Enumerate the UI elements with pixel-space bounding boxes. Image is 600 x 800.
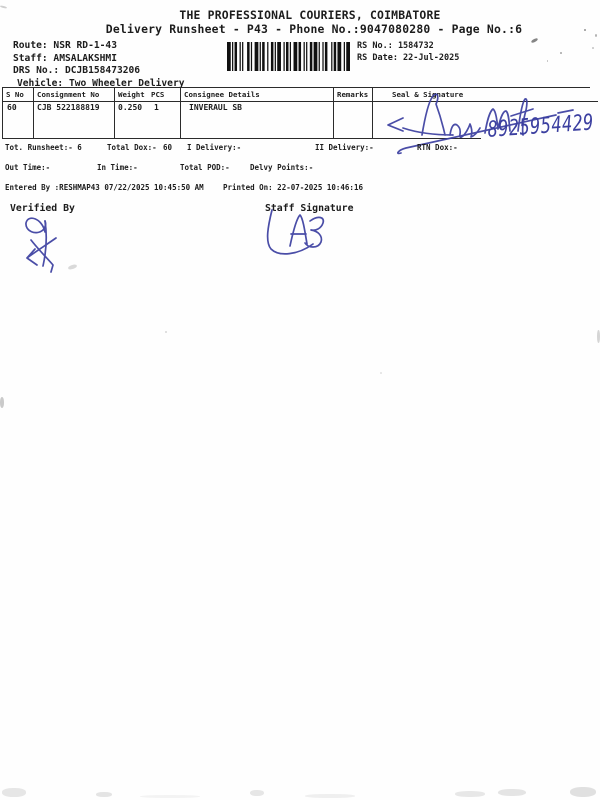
scan-artifact bbox=[595, 34, 597, 37]
barcode-icon bbox=[227, 42, 350, 71]
table-vline bbox=[114, 87, 115, 138]
scan-artifact bbox=[531, 38, 539, 44]
rtn-dox: RTN Dox:- bbox=[417, 144, 458, 152]
col-header-sno: S No bbox=[6, 91, 24, 99]
cell-weight: 0.250 bbox=[118, 104, 142, 112]
scan-artifact bbox=[2, 788, 26, 797]
scan-artifact bbox=[305, 794, 355, 798]
col-header-consignment: Consignment No bbox=[37, 91, 99, 99]
rs-date-line: RS Date: 22-Jul-2025 bbox=[357, 54, 459, 63]
out-time: Out Time:- bbox=[5, 164, 50, 172]
scan-artifact bbox=[0, 397, 4, 408]
table-vline bbox=[180, 87, 181, 138]
scan-artifact bbox=[0, 5, 7, 9]
ii-delivery: II Delivery:- bbox=[315, 144, 374, 152]
col-header-consignee: Consignee Details bbox=[184, 91, 260, 99]
scan-artifact bbox=[570, 787, 596, 797]
cell-consignee: INVERAUL SB bbox=[189, 104, 242, 112]
scan-artifact bbox=[592, 47, 594, 49]
delivery-runsheet-scan: THE PROFESSIONAL COURIERS, COIMBATORE De… bbox=[0, 0, 600, 800]
drs-no-line: DRS No.: DCJB158473206 bbox=[13, 66, 140, 76]
col-header-pcs: PCS bbox=[151, 91, 164, 99]
scan-artifact bbox=[547, 60, 548, 62]
scan-artifact bbox=[96, 792, 112, 797]
scan-artifact bbox=[250, 790, 264, 796]
verified-by-signature-ink bbox=[15, 212, 75, 287]
scan-artifact bbox=[380, 372, 382, 374]
table-vline bbox=[333, 87, 334, 138]
scan-artifact bbox=[560, 52, 562, 54]
col-header-weight: Weight bbox=[118, 91, 145, 99]
total-pod: Total POD:- bbox=[180, 164, 230, 172]
scan-artifact bbox=[140, 795, 200, 798]
table-vline bbox=[2, 87, 3, 138]
entered-by: Entered By :RESHMAP43 07/22/2025 10:45:5… bbox=[5, 184, 204, 192]
staff-line: Staff: AMSALAKSHMI bbox=[13, 54, 117, 64]
col-header-remarks: Remarks bbox=[337, 91, 368, 99]
route-line: Route: NSR RD-1-43 bbox=[13, 41, 117, 51]
staff-signature-ink bbox=[260, 206, 345, 266]
scan-artifact bbox=[584, 29, 586, 31]
in-time: In Time:- bbox=[97, 164, 138, 172]
runsheet-subtitle: Delivery Runsheet - P43 - Phone No.:9047… bbox=[14, 24, 600, 36]
cell-consignment-no: CJB 522188819 bbox=[37, 104, 100, 112]
delvy-points: Delvy Points:- bbox=[250, 164, 313, 172]
scan-artifact bbox=[165, 331, 167, 333]
cell-pcs: 1 bbox=[154, 104, 159, 112]
cell-sno: 60 bbox=[7, 104, 17, 112]
scan-artifact bbox=[455, 791, 485, 797]
total-dox-label: Total Dox:- bbox=[107, 144, 157, 152]
company-title: THE PROFESSIONAL COURIERS, COIMBATORE bbox=[10, 10, 600, 22]
scan-artifact bbox=[498, 789, 526, 796]
printed-on: Printed On: 22-07-2025 10:46:16 bbox=[223, 184, 363, 192]
rs-no-line: RS No.: 1584732 bbox=[357, 42, 434, 51]
table-vline bbox=[33, 87, 34, 138]
tot-runsheet: Tot. Runsheet:- 6 bbox=[5, 144, 82, 152]
total-dox-value: 60 bbox=[163, 144, 172, 152]
i-delivery: I Delivery:- bbox=[187, 144, 241, 152]
